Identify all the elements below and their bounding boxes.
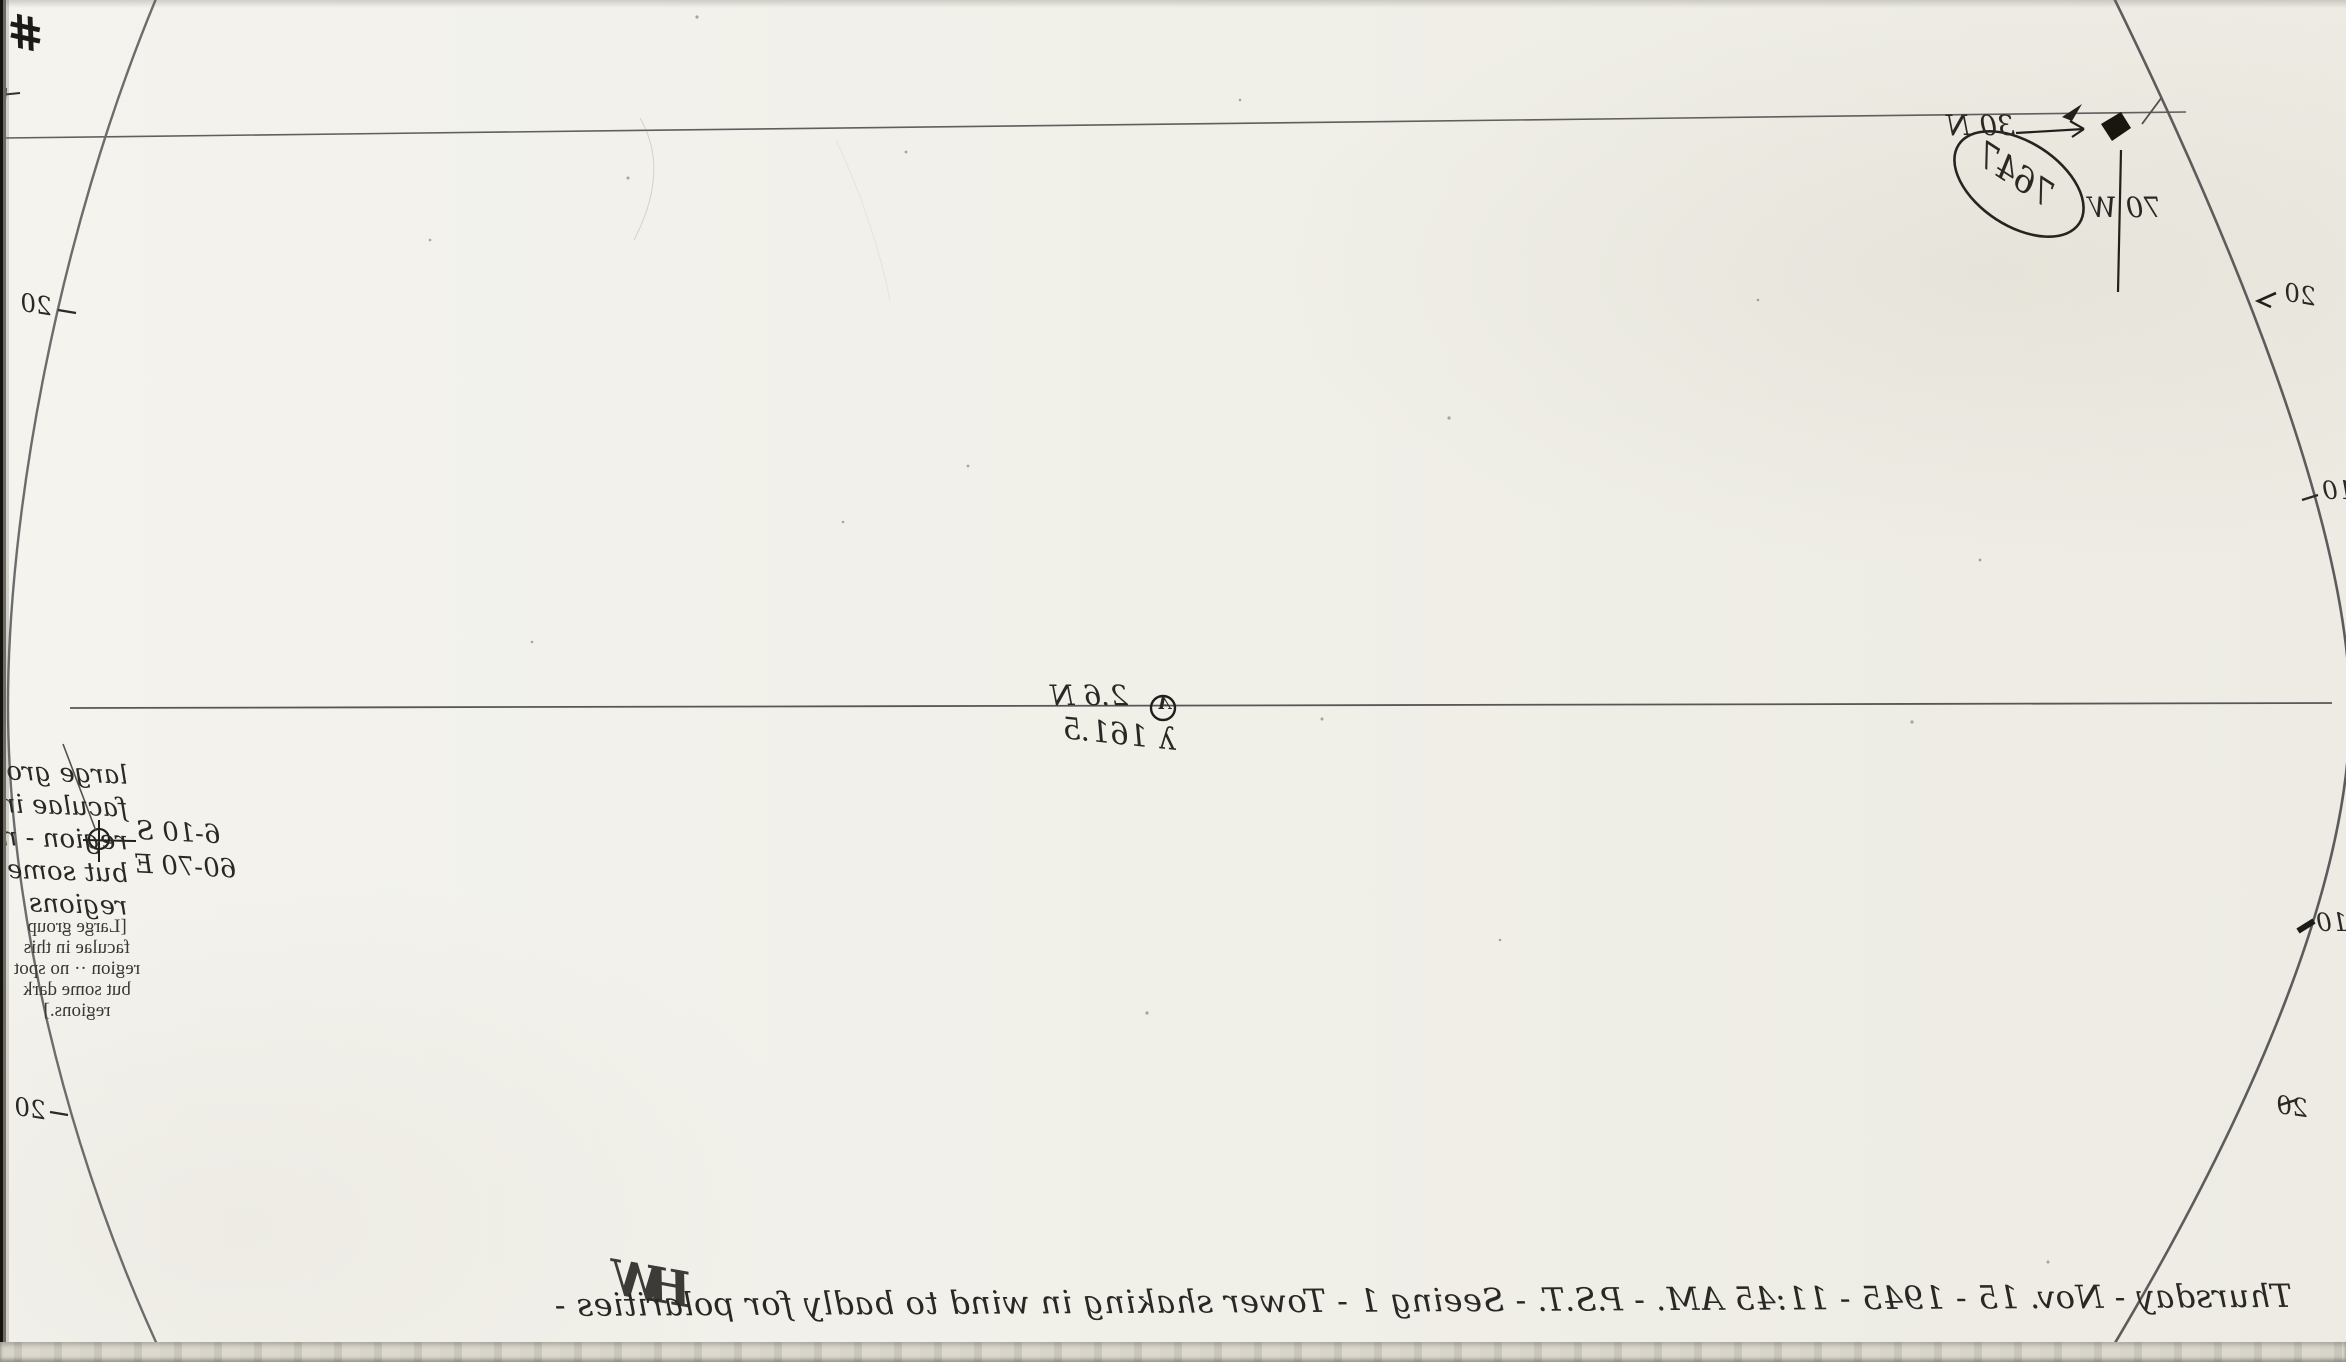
limb-label-right-upper: 20 [2282,279,2318,309]
sunspot-longitude-label: 70 W [2088,194,2161,222]
printed-note-line: faculae in this [6,937,148,958]
limb-label-right-mid-lower: 10 [2316,910,2346,935]
limb-label-right-mid-upper: 10 [2322,478,2346,503]
disk-center-latitude-label: 2.6 N [1050,682,1128,710]
cursive-note-line: large group [0,757,128,788]
dust-specks [429,15,2050,1263]
latitude-30n-line [4,112,2186,138]
limb-label-left-lower: 20 [12,1094,47,1124]
drawing-linework [0,0,2346,1362]
cursive-note-line: but some [6,857,128,887]
scan-edge-left [0,0,9,1362]
footer-observer-initials: HW [624,1257,695,1315]
printed-note-line: but some dark [6,979,148,1000]
solar-drawing-scan: # 20 20 20 10 10 20 30 N 70 W 7647 A 2.6… [0,0,2346,1362]
limb-tick-left-upper [58,310,76,313]
scan-edge-bottom [0,1342,2346,1362]
limb-tick-right-upper [2258,293,2276,307]
limb-arc-left [8,0,168,1362]
printed-note-line: [Large group [6,916,148,937]
limb-tick-left-lower [50,1112,68,1115]
cursive-note-line: faculae in t [0,790,128,821]
printed-note-line: region ·· no spot [6,958,148,979]
footer-observation-line: Thursday - Nov. 15 - 1945 - 11:45 AM. - … [700,1280,2292,1320]
sunspot-latitude-arrow [2016,129,2084,133]
limb-label-left-upper: 20 [18,290,53,320]
paper-scratch [634,118,654,240]
scan-edge-top [0,0,2346,8]
faculae-region-latitude-label: 6-10 S [135,818,221,848]
printed-note-line: regions.] [6,1000,148,1021]
printed-note-block: [Large group faculae in this region ·· n… [6,916,148,1021]
equator-line [70,703,2332,708]
cursive-note-line: region - no [0,824,128,855]
sunspot-mark [2101,112,2131,141]
paper-scratch-2 [836,140,890,300]
sunspot-latitude-label: 30 N [1946,112,2015,140]
latitude-line-end-tick [2142,97,2162,124]
limb-label-right-lower: 20 [2274,1092,2309,1121]
disk-center-mark-glyph: A [1152,696,1176,713]
faculae-region-longitude-label: 60-70 E [133,851,236,882]
